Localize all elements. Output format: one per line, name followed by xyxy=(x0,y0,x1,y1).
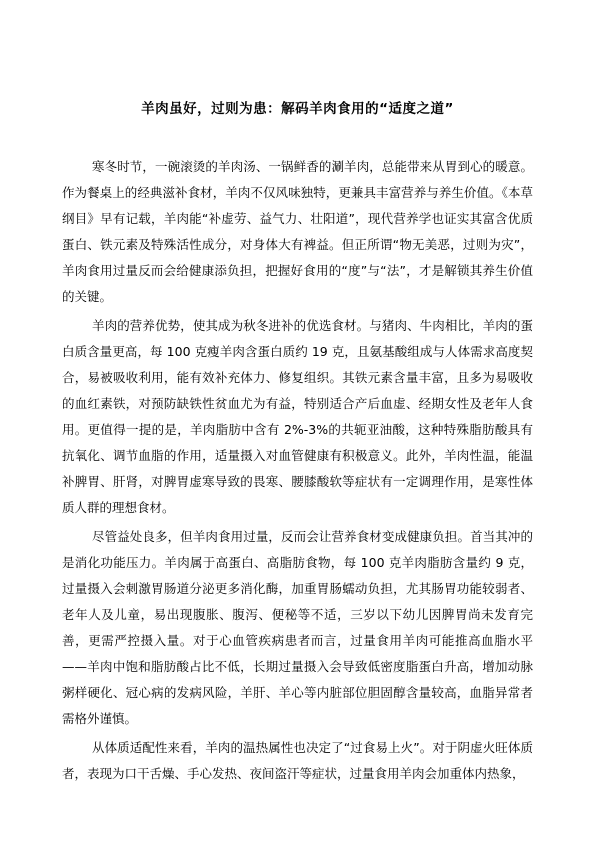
paragraph-constitution-suitability: 从体质适配性来看，羊肉的温热属性也决定了“过食易上火”。对于阴虚火旺体质者，表现… xyxy=(62,735,533,787)
paragraph-overeating-risks: 尽管益处良多，但羊肉食用过量，反而会让营养食材变成健康负担。首当其冲的是消化功能… xyxy=(62,524,533,732)
paragraph-nutrition-benefits: 羊肉的营养优势，使其成为秋冬进补的优选食材。与猪肉、牛肉相比，羊肉的蛋白质含量更… xyxy=(62,313,533,521)
document-title: 羊肉虽好，过则为患：解码羊肉食用的“适度之道” xyxy=(62,100,533,118)
document-page: 羊肉虽好，过则为患：解码羊肉食用的“适度之道” 寒冬时节，一碗滚烫的羊肉汤、一锅… xyxy=(0,0,595,842)
paragraph-intro: 寒冬时节，一碗滚烫的羊肉汤、一锅鲜香的涮羊肉，总能带来从胃到心的暖意。作为餐桌上… xyxy=(62,154,533,310)
